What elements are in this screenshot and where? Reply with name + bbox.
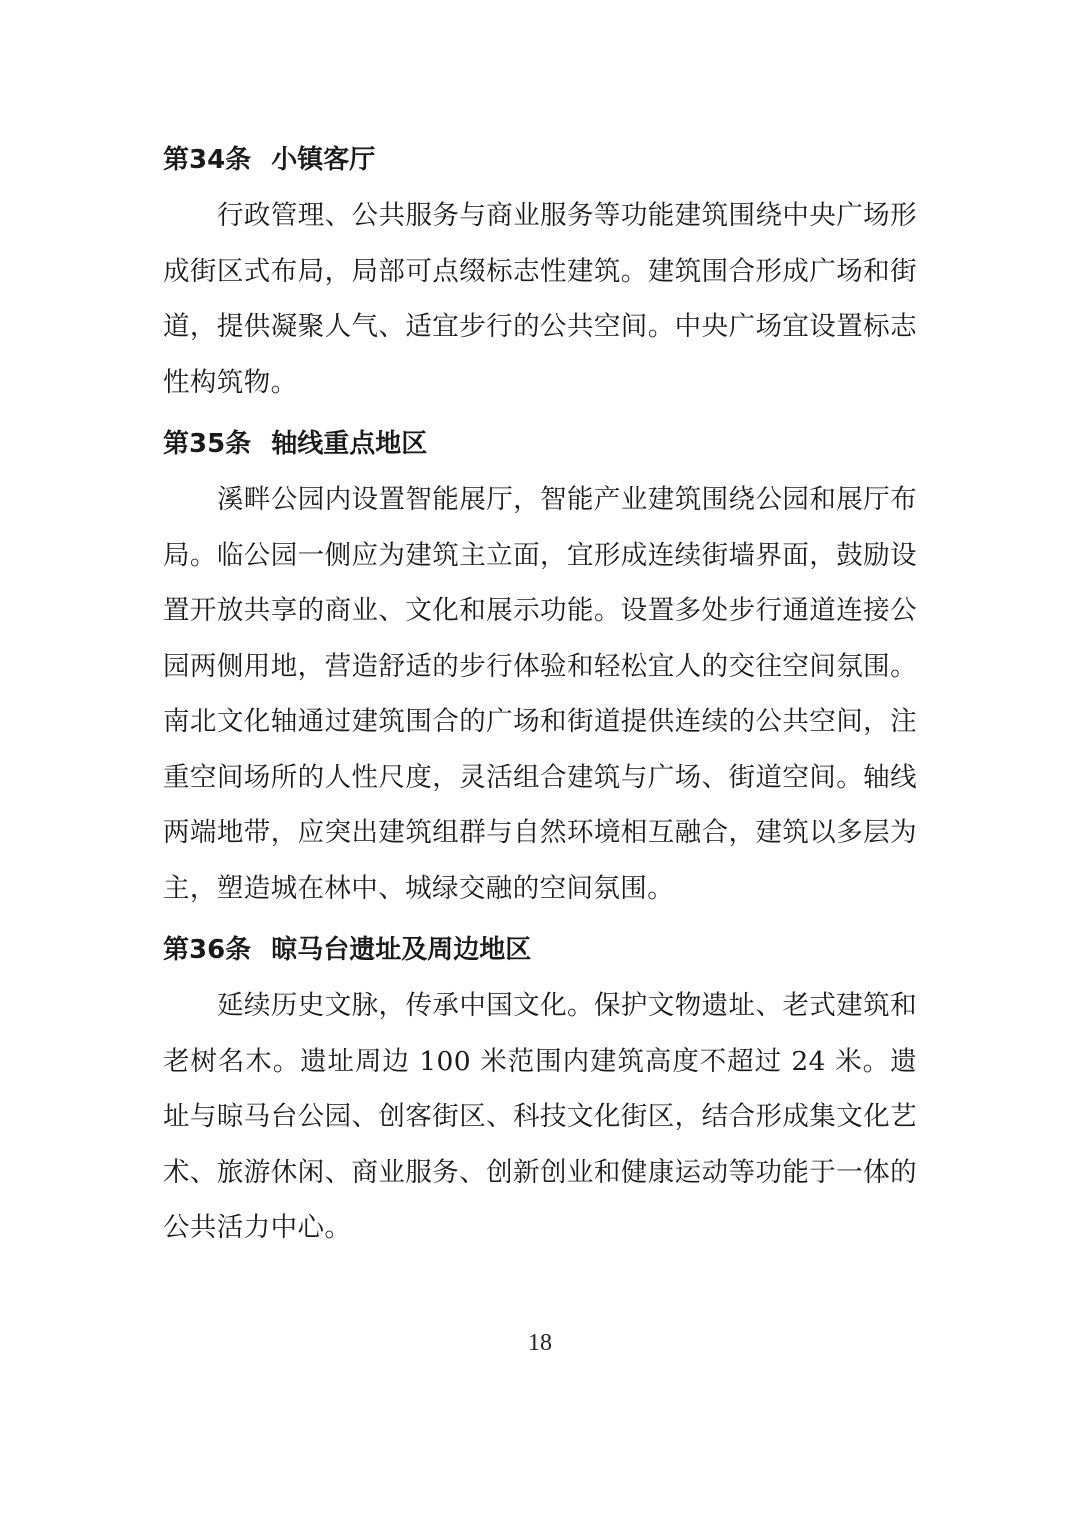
article-title: 轴线重点地区 (271, 429, 427, 459)
article-heading: 第34条小镇客厅 (163, 132, 917, 188)
article-number: 第35条 (163, 429, 251, 459)
article-number: 第34条 (163, 145, 251, 175)
article-heading: 第35条轴线重点地区 (163, 416, 917, 472)
article-body: 延续历史文脉，传承中国文化。保护文物遗址、老式建筑和老树名木。遗址周边 100 … (163, 978, 917, 1256)
article-body: 行政管理、公共服务与商业服务等功能建筑围绕中央广场形成街区式布局，局部可点缀标志… (163, 188, 917, 410)
article-36: 第36条晾马台遗址及周边地区 延续历史文脉，传承中国文化。保护文物遗址、老式建筑… (163, 922, 917, 1256)
article-title: 晾马台遗址及周边地区 (271, 935, 531, 965)
article-heading: 第36条晾马台遗址及周边地区 (163, 922, 917, 978)
article-body: 溪畔公园内设置智能展厅，智能产业建筑围绕公园和展厅布局。临公园一侧应为建筑主立面… (163, 472, 917, 916)
document-page: 第34条小镇客厅 行政管理、公共服务与商业服务等功能建筑围绕中央广场形成街区式布… (163, 132, 917, 1262)
article-34: 第34条小镇客厅 行政管理、公共服务与商业服务等功能建筑围绕中央广场形成街区式布… (163, 132, 917, 410)
article-number: 第36条 (163, 935, 251, 965)
article-title: 小镇客厅 (271, 145, 375, 175)
page-number: 18 (0, 1330, 1080, 1357)
article-35: 第35条轴线重点地区 溪畔公园内设置智能展厅，智能产业建筑围绕公园和展厅布局。临… (163, 416, 917, 916)
